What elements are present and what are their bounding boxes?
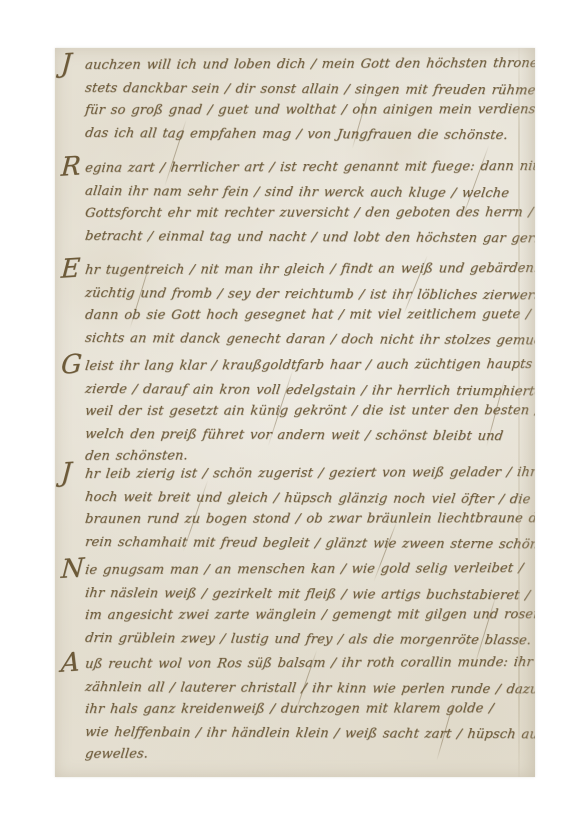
manuscript-line: im angesicht zwei zarte wänglein / gemen… <box>84 604 526 627</box>
manuscript-line: braunen rund zu bogen stond / ob zwar br… <box>84 508 526 531</box>
stanza-2: R egina zart / herrlicher art / ist rech… <box>85 158 525 248</box>
stanza-1: J auchzen will ich und loben dich / mein… <box>85 55 525 145</box>
manuscript-line: sichts an mit danck genecht daran / doch… <box>84 328 527 353</box>
stanza-initial: A <box>60 649 81 677</box>
stanza-4: G leist ihr lang klar / kraußgoldtfarb h… <box>85 356 525 469</box>
manuscript-line: dann ob sie Gott hoch gesegnet hat / mit… <box>84 304 526 327</box>
stanza-initial: G <box>60 351 83 379</box>
manuscript-line: uß reucht wol von Ros süß balsam / ihr r… <box>84 652 527 677</box>
manuscript-line: für so groß gnad / guet und wolthat / oh… <box>84 99 526 122</box>
stanza-initial: R <box>60 153 81 181</box>
manuscript-line: gewelles. <box>84 742 527 767</box>
stanza-6: N ie gnugsam man / an menschen kan / wie… <box>85 560 525 650</box>
manuscript-line: betracht / einmal tag und nacht / und lo… <box>84 226 527 251</box>
stanza-initial: E <box>60 255 81 283</box>
manuscript-page: J auchzen will ich und loben dich / mein… <box>55 48 535 777</box>
scan-background: J auchzen will ich und loben dich / mein… <box>0 0 588 831</box>
manuscript-line: drin grüblein zwey / lustig und frey / a… <box>84 628 527 653</box>
manuscript-line: auchzen will ich und loben dich / mein G… <box>84 53 527 78</box>
stanza-initial: J <box>60 51 72 78</box>
manuscript-line: rein schamhait mit freud begleit / glänz… <box>84 532 527 557</box>
manuscript-line: ie gnugsam man / an menschen kan / wie g… <box>84 558 527 583</box>
manuscript-line: weil der ist gesetzt ain künig gekrönt /… <box>84 400 526 423</box>
manuscript-line: das ich all tag empfahen mag / von Jungf… <box>84 123 527 148</box>
manuscript-line: egina zart / herrlicher art / ist recht … <box>84 156 527 181</box>
stanza-5: J hr leib zierig ist / schön zugerist / … <box>85 464 525 554</box>
manuscript-line: Gottsforcht ehr mit rechter zuversicht /… <box>84 202 526 225</box>
stanza-7: A uß reucht wol von Ros süß balsam / ihr… <box>85 654 525 767</box>
manuscript-line: leist ihr lang klar / kraußgoldtfarb haa… <box>84 354 527 379</box>
stanza-initial: J <box>60 460 72 487</box>
stanza-initial: N <box>60 555 85 583</box>
stanza-3: E hr tugentreich / nit man ihr gleich / … <box>85 260 525 350</box>
paper-edge-shading <box>519 48 535 777</box>
manuscript-line: hr leib zierig ist / schön zugerist / ge… <box>84 462 527 487</box>
manuscript-line: hr tugentreich / nit man ihr gleich / fi… <box>84 258 527 283</box>
manuscript-line: ihr hals ganz kreidenweiß / durchzogen m… <box>84 698 526 721</box>
